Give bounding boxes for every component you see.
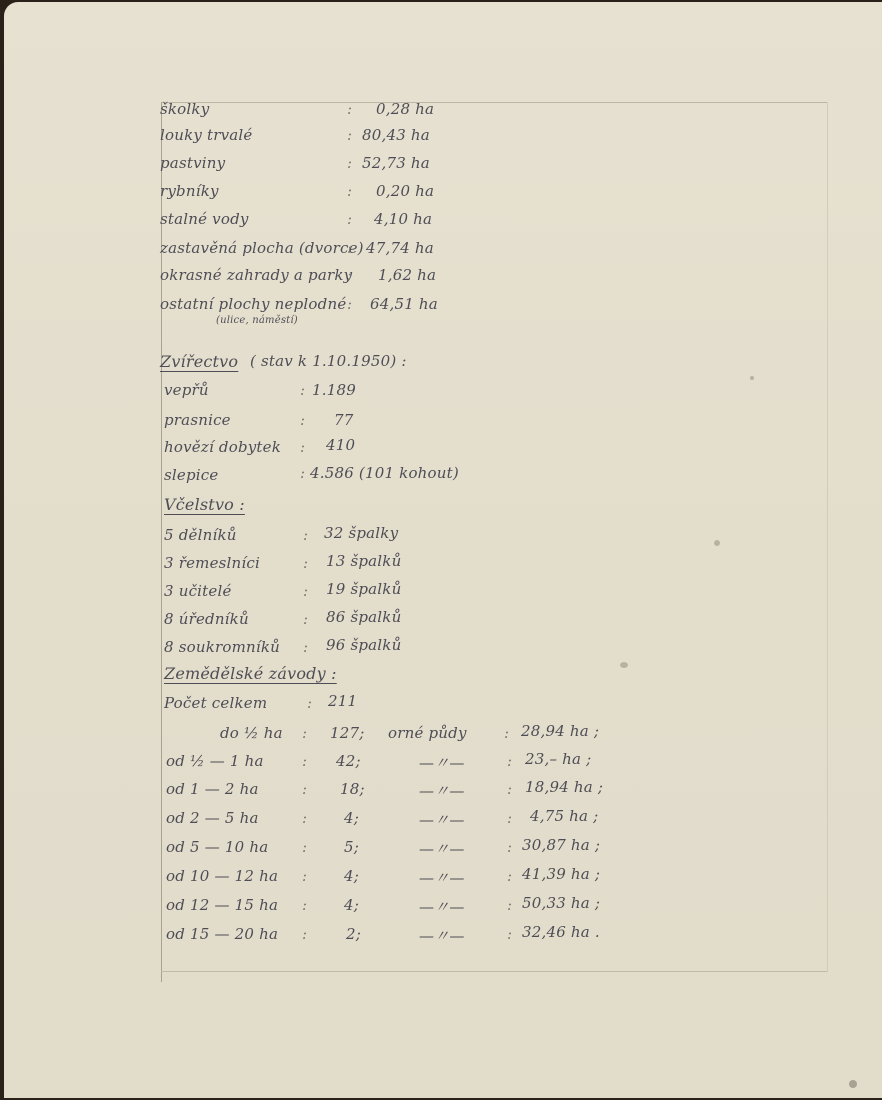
colon: : <box>347 266 352 284</box>
land-use-label: louky trvalé <box>160 126 253 144</box>
colon: : <box>300 411 305 429</box>
farm-area: 4,75 ha ; <box>530 807 598 825</box>
livestock-value: 4.586 (101 kohout) <box>310 464 459 482</box>
farm-count: 18; <box>340 780 365 798</box>
farm-range: od 2 — 5 ha <box>166 809 259 827</box>
beekeeping-value: 13 špalků <box>326 552 401 570</box>
livestock-label: vepřů <box>164 381 209 399</box>
ledger-page: školky : 0,28 ha louky trvalé : 80,43 ha… <box>4 2 882 1098</box>
beekeeping-label: 8 soukromníků <box>164 638 280 656</box>
farm-range: od 10 — 12 ha <box>166 867 278 885</box>
farm-area: 28,94 ha ; <box>521 722 599 740</box>
land-use-value: 1,62 ha <box>378 266 436 284</box>
colon: : <box>347 100 352 118</box>
land-use-label: pastviny <box>160 154 225 172</box>
farm-range: od ½ — 1 ha <box>166 752 264 770</box>
colon: : <box>507 752 512 770</box>
land-use-label: školky <box>160 100 209 118</box>
land-use-value: 80,43 ha <box>362 126 430 144</box>
livestock-label: hovězí dobytek <box>164 438 281 456</box>
farm-range: od 15 — 20 ha <box>166 925 278 943</box>
farm-type: —〃— <box>419 838 465 859</box>
paper-speck <box>849 1080 857 1088</box>
land-use-value: 4,10 ha <box>374 210 432 228</box>
livestock-label: prasnice <box>164 411 231 429</box>
paper-speck <box>714 540 720 546</box>
colon: : <box>507 867 512 885</box>
colon: : <box>302 925 307 943</box>
colon: : <box>347 210 352 228</box>
farm-area: 23,– ha ; <box>525 750 591 768</box>
colon: : <box>507 809 512 827</box>
farm-type: —〃— <box>419 752 465 773</box>
colon: : <box>302 780 307 798</box>
land-use-value: 47,74 ha <box>366 239 434 257</box>
land-use-label: okrasné zahrady a parky <box>160 266 352 284</box>
land-use-label: ostatní plochy neplodné <box>160 295 346 313</box>
colon: : <box>347 239 352 257</box>
colon: : <box>302 838 307 856</box>
colon: : <box>300 438 305 456</box>
colon: : <box>507 925 512 943</box>
colon: : <box>302 896 307 914</box>
colon: : <box>303 638 308 656</box>
colon: : <box>504 724 509 742</box>
paper-speck <box>750 376 754 380</box>
farm-type: —〃— <box>419 896 465 917</box>
colon: : <box>303 610 308 628</box>
colon: : <box>303 554 308 572</box>
livestock-heading: Zvířectvo <box>160 352 238 371</box>
livestock-value: 410 <box>326 436 355 454</box>
land-use-value: 64,51 ha <box>370 295 438 313</box>
livestock-label: slepice <box>164 466 218 484</box>
land-use-label: zastavěná plocha (dvorce) <box>160 239 364 257</box>
farm-area: 32,46 ha . <box>522 923 600 941</box>
beekeeping-value: 19 špalků <box>326 580 401 598</box>
farm-type: —〃— <box>419 867 465 888</box>
farms-total-value: 211 <box>328 692 357 710</box>
beekeeping-value: 86 špalků <box>326 608 401 626</box>
colon: : <box>347 295 352 313</box>
frame-line-right <box>827 102 828 972</box>
livestock-value: 77 <box>334 411 354 429</box>
farm-area: 50,33 ha ; <box>522 894 600 912</box>
farm-count: 4; <box>344 896 359 914</box>
frame-line-bottom <box>161 971 827 972</box>
land-use-label: rybníky <box>160 182 219 200</box>
colon: : <box>300 464 305 482</box>
farms-total-label: Počet celkem <box>164 694 267 712</box>
colon: : <box>507 838 512 856</box>
colon: : <box>300 381 305 399</box>
farm-area: 41,39 ha ; <box>522 865 600 883</box>
farm-area: 18,94 ha ; <box>525 778 603 796</box>
colon: : <box>307 694 312 712</box>
farm-range: do ½ ha <box>220 724 283 742</box>
beekeeping-heading: Včelstvo : <box>164 495 245 514</box>
farm-range: od 1 — 2 ha <box>166 780 259 798</box>
farm-count: 5; <box>344 838 359 856</box>
farm-count: 127; <box>330 724 364 742</box>
beekeeping-label: 3 řemeslníci <box>164 554 260 572</box>
farm-count: 2; <box>346 925 361 943</box>
farm-type: —〃— <box>419 925 465 946</box>
colon: : <box>347 126 352 144</box>
colon: : <box>302 724 307 742</box>
margin-line-left <box>161 102 162 982</box>
colon: : <box>347 182 352 200</box>
farm-type: —〃— <box>419 809 465 830</box>
land-use-label: stalné vody <box>160 210 249 228</box>
farm-count: 4; <box>344 867 359 885</box>
land-use-value: 52,73 ha <box>362 154 430 172</box>
colon: : <box>347 154 352 172</box>
farm-area: 30,87 ha ; <box>522 836 600 854</box>
beekeeping-value: 96 špalků <box>326 636 401 654</box>
livestock-subheading: ( stav k 1.10.1950) : <box>250 352 407 370</box>
farm-type: —〃— <box>419 780 465 801</box>
land-use-note: (ulice, náměstí) <box>216 315 298 326</box>
livestock-value: 1.189 <box>312 381 356 399</box>
colon: : <box>507 896 512 914</box>
land-use-value: 0,20 ha <box>376 182 434 200</box>
beekeeping-value: 32 špalky <box>324 524 398 542</box>
frame-line-top <box>161 102 827 103</box>
colon: : <box>303 526 308 544</box>
farm-range: od 5 — 10 ha <box>166 838 268 856</box>
beekeeping-label: 8 úředníků <box>164 610 249 628</box>
colon: : <box>302 867 307 885</box>
farm-count: 4; <box>344 809 359 827</box>
farm-count: 42; <box>336 752 361 770</box>
beekeeping-label: 3 učitelé <box>164 582 232 600</box>
beekeeping-label: 5 dělníků <box>164 526 237 544</box>
paper-speck <box>620 662 628 668</box>
farm-range: od 12 — 15 ha <box>166 896 278 914</box>
colon: : <box>507 780 512 798</box>
farms-heading: Zemědělské závody : <box>164 664 337 683</box>
colon: : <box>302 809 307 827</box>
land-use-value: 0,28 ha <box>376 100 434 118</box>
farm-type: orné půdy <box>388 724 467 742</box>
colon: : <box>303 582 308 600</box>
colon: : <box>302 752 307 770</box>
